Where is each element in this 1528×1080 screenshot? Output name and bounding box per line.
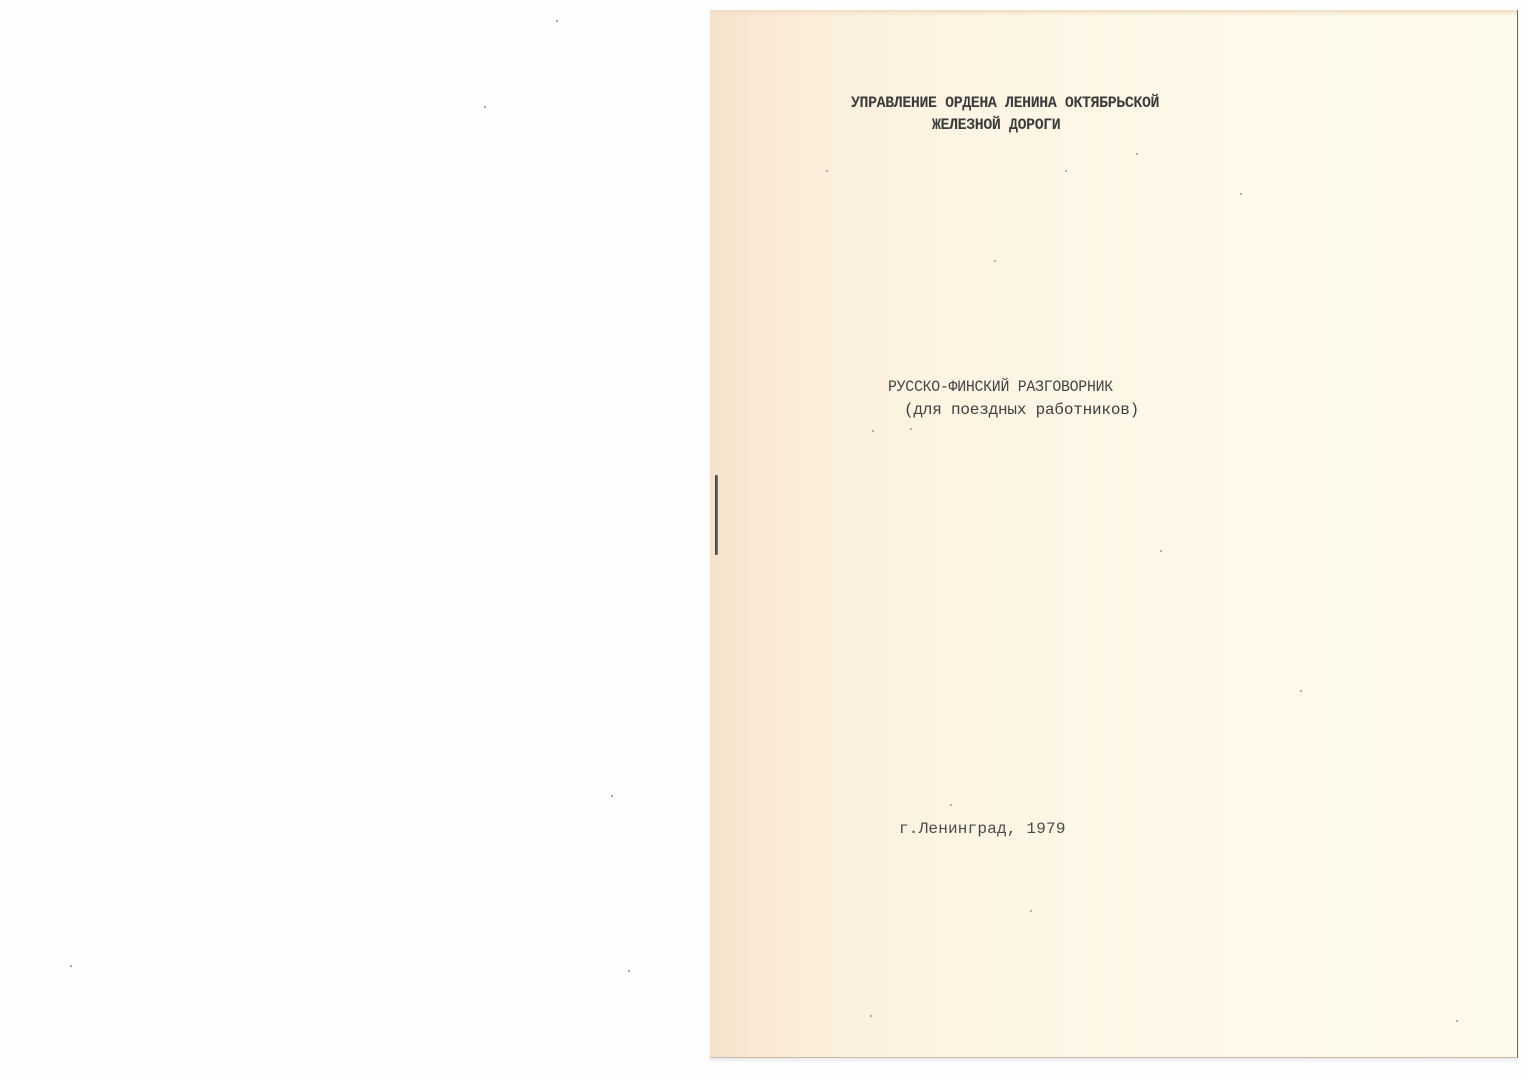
paper-speck: [1030, 910, 1032, 912]
paper-speck: [826, 170, 828, 172]
dust-speck: [556, 20, 558, 22]
publisher-line-2: ЖЕЛЕЗНОЙ ДОРОГИ: [932, 116, 1060, 134]
paper-speck: [1160, 550, 1162, 552]
paper-speck: [872, 430, 874, 432]
paper-speck: [1240, 193, 1242, 195]
dust-speck: [70, 965, 72, 967]
paper-speck: [1300, 690, 1302, 692]
paper-speck: [1065, 170, 1067, 172]
paper-speck: [950, 804, 952, 806]
paper-speck: [1136, 153, 1138, 155]
booklet-cover-page: УПРАВЛЕНИЕ ОРДЕНА ЛЕНИНА ОКТЯБРЬСКОЙ ЖЕЛ…: [710, 10, 1518, 1058]
imprint-place-year: г.Ленинград, 1979: [899, 820, 1066, 838]
document-title: РУССКО-ФИНСКИЙ РАЗГОВОРНИК: [888, 378, 1113, 396]
document-subtitle: (для поездных работников): [904, 401, 1139, 419]
publisher-line-1: УПРАВЛЕНИЕ ОРДЕНА ЛЕНИНА ОКТЯБРЬСКОЙ: [851, 94, 1159, 112]
paper-speck: [994, 260, 996, 262]
dust-speck: [628, 970, 630, 972]
dust-speck: [484, 106, 486, 108]
staple: [715, 475, 718, 555]
paper-speck: [1456, 1020, 1458, 1022]
paper-speck: [870, 1015, 872, 1017]
paper-speck: [910, 428, 912, 430]
dust-speck: [611, 795, 613, 797]
